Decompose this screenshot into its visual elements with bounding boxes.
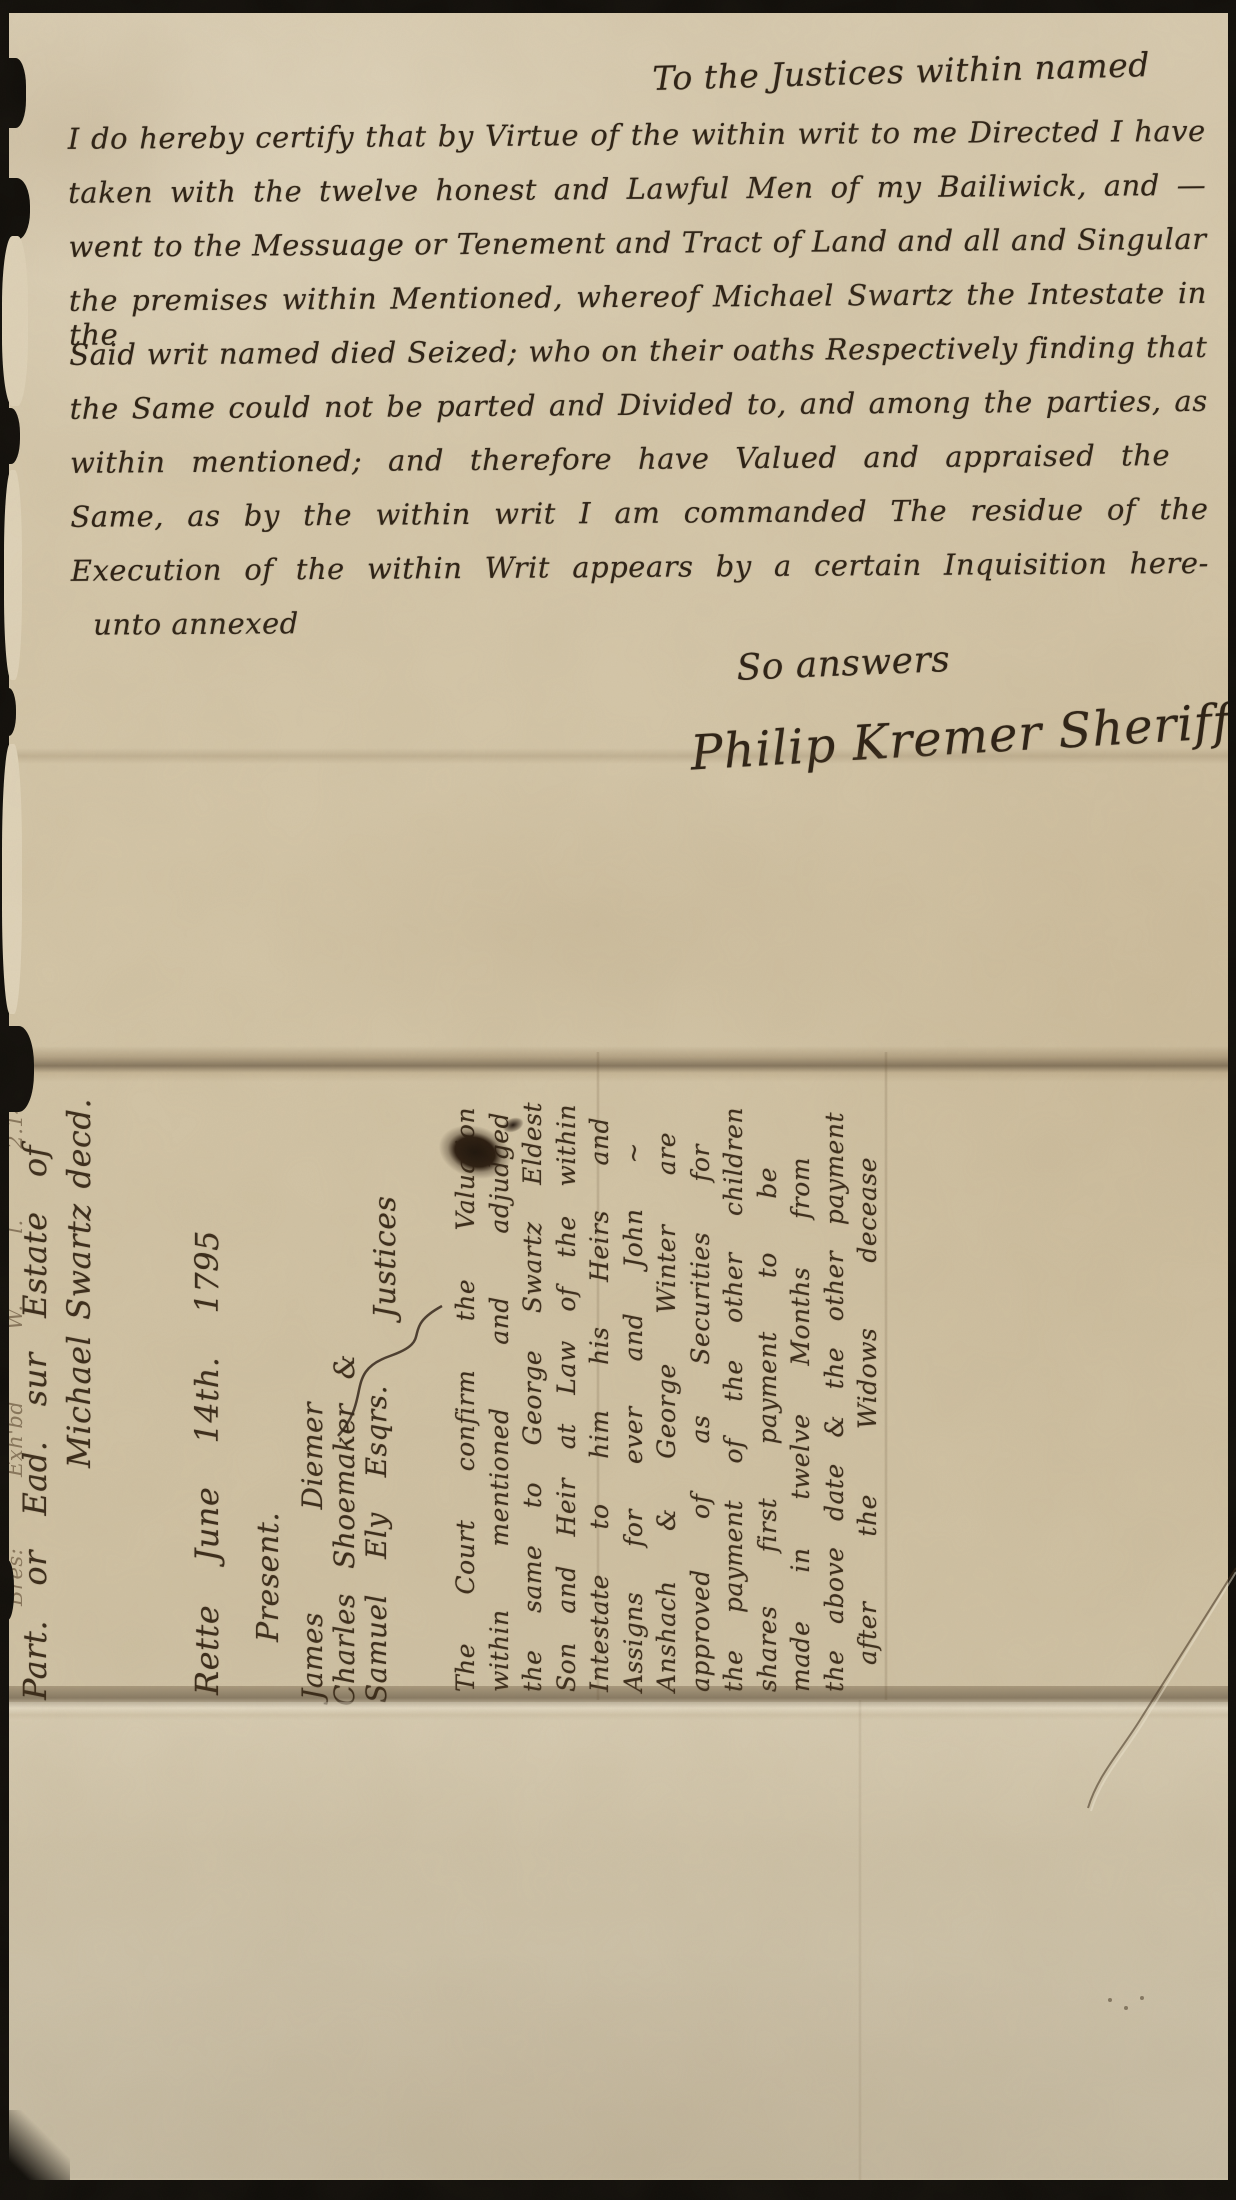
order-line: after the Widows decease [853, 1157, 880, 1665]
torn-paper-layer [2, 744, 22, 1014]
order-line: approved of as Securities for [686, 1144, 713, 1692]
torn-notch [0, 58, 26, 128]
body-line: unto annexed [93, 606, 299, 641]
docket-session-date: Rette June 14th. 1795 [188, 1230, 222, 1695]
torn-notch [0, 1026, 34, 1112]
body-line: within mentioned; and therefore have Val… [70, 438, 1170, 480]
order-line: made in twelve Months from [786, 1157, 813, 1692]
torn-paper-layer [4, 470, 22, 680]
torn-notch [0, 688, 16, 736]
closing-phrase: So answers [736, 639, 951, 689]
corner-shadow [0, 2110, 70, 2200]
ink-speck [1108, 1998, 1112, 2002]
order-line: Son and Heir at Law of the within [552, 1104, 579, 1692]
order-line: shares first payment to be [753, 1167, 780, 1692]
order-line: Assigns for ever and John ~ [619, 1142, 646, 1692]
body-line: taken with the twelve honest and Lawful … [68, 168, 1206, 210]
order-line: the above date & the other payment [820, 1112, 847, 1692]
torn-notch [0, 408, 20, 464]
torn-paper-layer [2, 236, 28, 406]
body-line: the Same could not be parted and Divided… [70, 384, 1208, 426]
justice-name: Samuel Ely Esqrs. [360, 1385, 390, 1703]
body-line: went to the Messuage or Tenement and Tra… [68, 222, 1206, 264]
order-line: the same to George Swartz Eldest [518, 1102, 545, 1692]
justice-name: Charles Shoemaker & [328, 1354, 358, 1706]
body-line: I do hereby certify that by Virtue of th… [68, 114, 1206, 156]
order-line: Anshach & George Winter are [652, 1132, 679, 1692]
torn-notch [0, 1560, 14, 1620]
salutation: To the Justices within named [652, 45, 1150, 98]
ink-speck [1140, 1996, 1144, 2000]
justices-label: Justices [368, 1148, 400, 1318]
scan-border-right [1228, 0, 1236, 2200]
docket-present-label: Present. [251, 1442, 283, 1642]
scan-border-top [0, 0, 1236, 13]
ink-speck [1124, 2006, 1128, 2010]
torn-notch [0, 178, 30, 240]
order-line: within mentioned and adjudged [485, 1112, 512, 1692]
docket-case-title: Part. or Ead. sur Estate of [16, 1145, 50, 1700]
body-line: Said writ named died Seized; who on thei… [69, 330, 1207, 372]
scan-border-bottom [0, 2180, 1236, 2200]
docket-decedent-name: Michael Swartz decd. [60, 1098, 94, 1468]
order-line: The Court confirm the Valuation [451, 1107, 478, 1692]
body-line: Execution of the within Writ appears by … [71, 546, 1209, 588]
letter-text-block: To the Justices within named I do hereby… [0, 0, 1236, 904]
order-line: the payment of the other children [719, 1107, 746, 1692]
sheriff-signature: Philip Kremer Sheriff [689, 694, 1233, 782]
justice-name: James Diemer [296, 1402, 326, 1700]
body-line: Same, as by the within writ I am command… [70, 492, 1208, 534]
order-line: Intestate to him his Heirs and [585, 1117, 612, 1692]
scanned-manuscript-page: To the Justices within named I do hereby… [0, 0, 1236, 2200]
